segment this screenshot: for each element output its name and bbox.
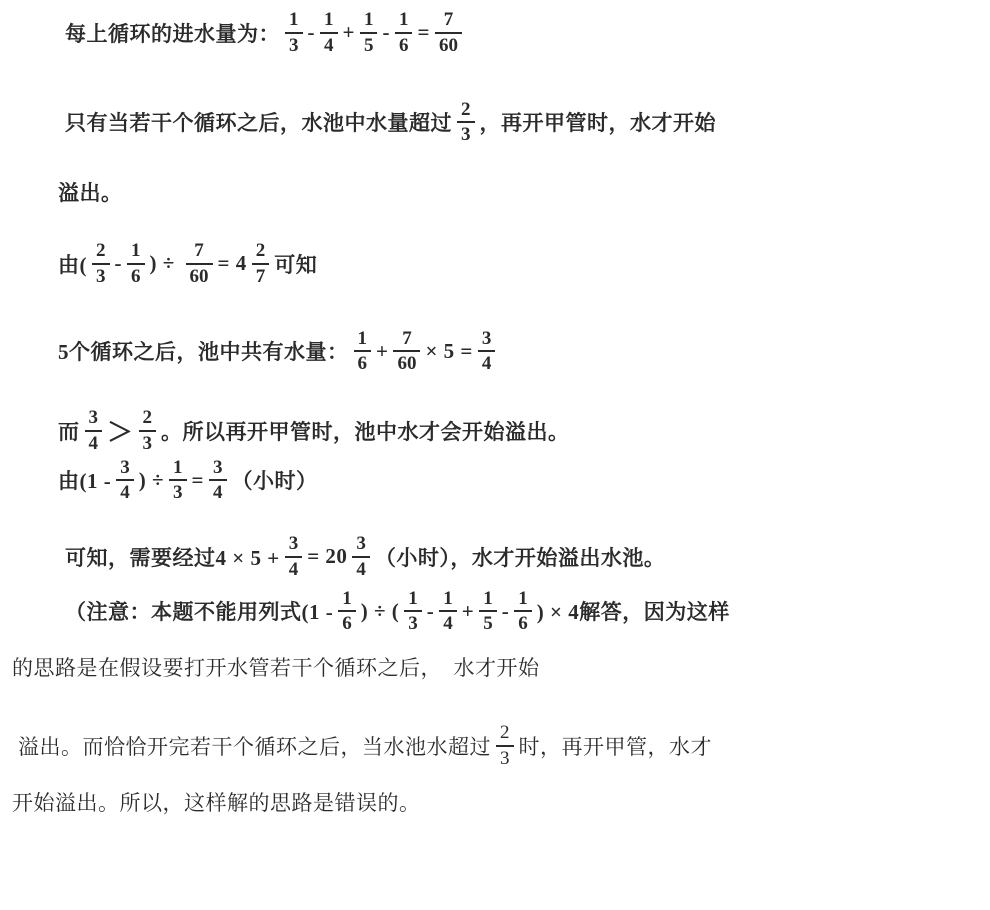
fraction-denominator: 4 [320, 32, 338, 58]
fraction-denominator: 4 [285, 556, 303, 582]
line-conclusion: 开始溢出。所以，这样解的思路是错误的。 [12, 786, 980, 818]
line-explain-cycles: 溢出。而恰恰开完若干个循环之后，当水池水超过23时，再开甲管，水才 [18, 721, 980, 771]
fraction: 760 [435, 8, 462, 58]
fraction-numerator: 2 [92, 239, 110, 263]
line-inflow-per-cycle: 每上循环的进水量为：13-14+15-16=760 [65, 8, 980, 58]
fraction: 34 [285, 532, 303, 582]
fraction-denominator: 3 [92, 263, 110, 289]
fraction-denominator: 60 [435, 32, 462, 58]
fraction-denominator: 7 [252, 263, 270, 289]
text-run: - [502, 599, 510, 624]
fraction-numerator: 2 [139, 406, 157, 430]
fraction: 23 [496, 721, 514, 771]
fraction: 16 [127, 239, 145, 289]
text-run: = [192, 468, 204, 493]
fraction-numerator: 1 [285, 8, 303, 32]
text-run: 可知 [274, 249, 317, 279]
text-run: ) ÷ ( [361, 599, 400, 624]
text-run: ) × 4解答，因为这样 [537, 596, 730, 626]
fraction-numerator: 1 [320, 8, 338, 32]
fraction-denominator: 3 [404, 610, 422, 636]
fraction-denominator: 4 [85, 430, 103, 456]
text-run: （注意：本题不能用列式(1 - [65, 596, 333, 626]
fraction-numerator: 3 [116, 456, 134, 480]
fraction: 760 [393, 327, 420, 377]
fraction: 27 [252, 239, 270, 289]
fraction-denominator: 4 [352, 556, 370, 582]
text-run: 由(1 - [58, 465, 111, 495]
fraction-denominator: 6 [395, 32, 413, 58]
text-run: + [376, 339, 388, 364]
text-run: ) ÷ [150, 251, 181, 276]
fraction-numerator: 1 [514, 587, 532, 611]
text-run: 可知，需要经过4 × 5 + [65, 542, 280, 572]
fraction-numerator: 1 [127, 239, 145, 263]
fraction: 13 [285, 8, 303, 58]
fraction: 23 [92, 239, 110, 289]
fraction: 34 [116, 456, 134, 506]
fraction: 16 [514, 587, 532, 637]
fraction-numerator: 1 [479, 587, 497, 611]
fraction: 14 [439, 587, 457, 637]
fraction: 34 [478, 327, 496, 377]
fraction-numerator: 2 [252, 239, 270, 263]
fraction-numerator: 2 [457, 98, 475, 122]
text-run: （小时） [232, 465, 318, 495]
fraction-numerator: 3 [85, 406, 103, 430]
text-run: （小时），水才开始溢出水池。 [375, 542, 666, 572]
fraction-numerator: 1 [439, 587, 457, 611]
fraction: 16 [338, 587, 356, 637]
line-note: （注意：本题不能用列式(1 -16) ÷ (13-14+15-16) × 4解答… [65, 587, 980, 637]
greater-than-sign: ＞ [107, 412, 134, 449]
fraction-numerator: 1 [338, 587, 356, 611]
text-run: 。所以再开甲管时，池中水才会开始溢出。 [161, 416, 570, 446]
fraction: 16 [395, 8, 413, 58]
text-run: - [382, 20, 390, 45]
fraction-numerator: 1 [404, 587, 422, 611]
fraction: 23 [457, 98, 475, 148]
fraction: 16 [354, 327, 372, 377]
line-total-hours: 可知，需要经过4 × 5 +34= 2034（小时），水才开始溢出水池。 [65, 532, 980, 582]
text-run: 的思路是在假设要打开水管若干个循环之后， 水才开始 [12, 652, 540, 682]
text-run: + [462, 599, 474, 624]
fraction-numerator: 1 [395, 8, 413, 32]
text-run: × 5 = [425, 339, 472, 364]
document: 每上循环的进水量为：13-14+15-16=760只有当若干个循环之后，水池中水… [0, 0, 990, 818]
fraction: 13 [169, 456, 187, 506]
fraction-numerator: 7 [440, 8, 458, 32]
text-run: 每上循环的进水量为： [65, 18, 280, 48]
fraction: 34 [85, 406, 103, 456]
fraction-denominator: 6 [514, 610, 532, 636]
fraction-denominator: 5 [360, 32, 378, 58]
text-run: + [343, 20, 355, 45]
text-run: 溢出。 [58, 177, 123, 207]
text-run: 而 [58, 416, 80, 446]
fraction-numerator: 7 [190, 239, 208, 263]
fraction-denominator: 3 [496, 745, 514, 771]
fraction-numerator: 7 [398, 327, 416, 351]
text-run: - [308, 20, 316, 45]
fraction: 760 [186, 239, 213, 289]
fraction-denominator: 4 [439, 610, 457, 636]
text-run: 5个循环之后，池中共有水量： [58, 336, 349, 366]
text-run: 时，再开甲管，水才 [519, 731, 713, 761]
text-run: = [417, 20, 429, 45]
fraction-denominator: 3 [139, 430, 157, 456]
line-wrong-assumption: 的思路是在假设要打开水管若干个循环之后， 水才开始 [12, 651, 980, 683]
line-after-5-cycles: 5个循环之后，池中共有水量：16+760× 5 =34 [58, 327, 980, 377]
fraction-denominator: 6 [338, 610, 356, 636]
text-run: - [427, 599, 435, 624]
line-condition-overflow: 只有当若干个循环之后，水池中水量超过23，再开甲管时，水才开始 [65, 98, 980, 148]
fraction-denominator: 6 [127, 263, 145, 289]
fraction-numerator: 1 [169, 456, 187, 480]
line-overflow: 溢出。 [58, 176, 980, 208]
text-run: 由( [58, 249, 87, 279]
fraction-denominator: 5 [479, 610, 497, 636]
fraction-denominator: 3 [169, 479, 187, 505]
text-run: - [115, 251, 123, 276]
fraction-numerator: 1 [360, 8, 378, 32]
text-run: 溢出。而恰恰开完若干个循环之后，当水池水超过 [18, 731, 491, 761]
line-derive-cycles: 由(23-16) ÷ 760= 427可知 [58, 239, 980, 289]
fraction: 15 [479, 587, 497, 637]
text-run: 只有当若干个循环之后，水池中水量超过 [65, 107, 452, 137]
fraction-denominator: 4 [116, 479, 134, 505]
text-run: = 20 [307, 544, 347, 569]
fraction-denominator: 6 [354, 350, 372, 376]
fraction-denominator: 60 [393, 350, 420, 376]
fraction-denominator: 3 [457, 121, 475, 147]
text-run: ) ÷ [139, 468, 164, 493]
line-final-fraction-hour: 由(1 -34) ÷13=34（小时） [58, 456, 980, 506]
fraction-denominator: 4 [478, 350, 496, 376]
line-compare: 而34＞23。所以再开甲管时，池中水才会开始溢出。 [58, 406, 980, 456]
text-run: = 4 [218, 251, 247, 276]
fraction-numerator: 2 [496, 721, 514, 745]
fraction-numerator: 3 [209, 456, 227, 480]
fraction: 34 [352, 532, 370, 582]
fraction: 23 [139, 406, 157, 456]
fraction: 14 [320, 8, 338, 58]
fraction-numerator: 3 [285, 532, 303, 556]
fraction-denominator: 4 [209, 479, 227, 505]
fraction-denominator: 60 [186, 263, 213, 289]
fraction-denominator: 3 [285, 32, 303, 58]
fraction-numerator: 1 [354, 327, 372, 351]
fraction: 13 [404, 587, 422, 637]
fraction: 15 [360, 8, 378, 58]
fraction-numerator: 3 [352, 532, 370, 556]
fraction: 34 [209, 456, 227, 506]
text-run: ，再开甲管时，水才开始 [480, 107, 717, 137]
fraction-numerator: 3 [478, 327, 496, 351]
text-run: 开始溢出。所以，这样解的思路是错误的。 [12, 787, 421, 817]
